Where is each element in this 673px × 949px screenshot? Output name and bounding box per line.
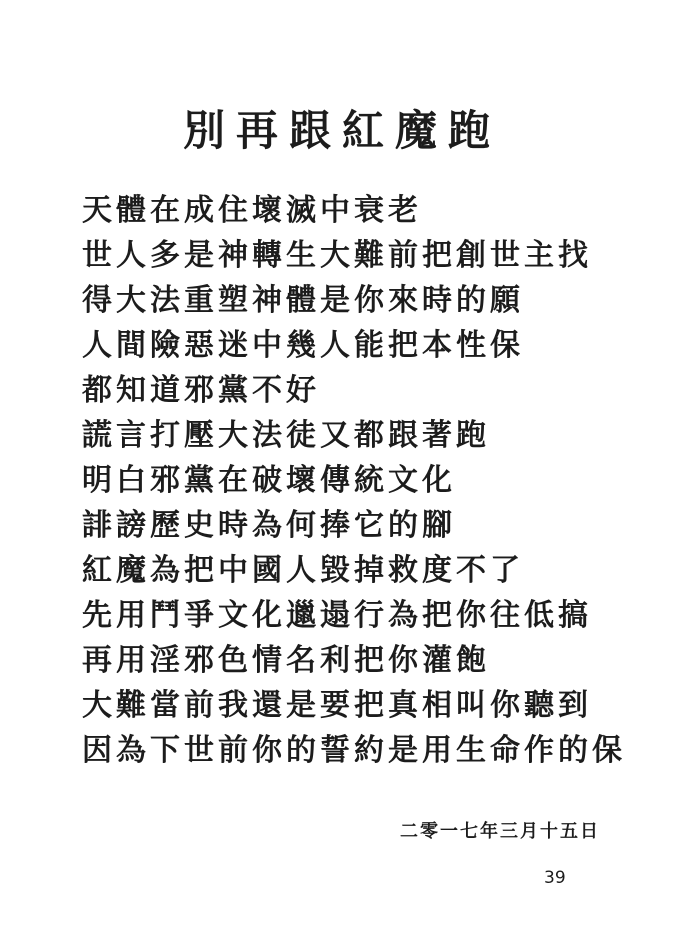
- poem-line: 世人多是神轉生大難前把創世主找: [82, 233, 622, 278]
- poem-line: 明白邪黨在破壞傳統文化: [82, 458, 622, 503]
- poem-line: 先用鬥爭文化邋遢行為把你往低搞: [82, 593, 622, 638]
- page-number: 39: [544, 868, 566, 888]
- poem-body: 天體在成住壞滅中衰老 世人多是神轉生大難前把創世主找 得大法重塑神體是你來時的願…: [82, 188, 622, 773]
- poem-line: 得大法重塑神體是你來時的願: [82, 278, 622, 323]
- poem-line: 再用淫邪色情名利把你灌飽: [82, 638, 622, 683]
- poem-line: 謊言打壓大法徒又都跟著跑: [82, 413, 622, 458]
- poem-line: 都知道邪黨不好: [82, 368, 622, 413]
- poem-line: 人間險惡迷中幾人能把本性保: [82, 323, 622, 368]
- poem-date: 二零一七年三月十五日: [400, 817, 600, 843]
- poem-line: 大難當前我還是要把真相叫你聽到: [82, 683, 622, 728]
- poem-line: 紅魔為把中國人毀掉救度不了: [82, 548, 622, 593]
- poem-title: 別再跟紅魔跑: [0, 98, 673, 158]
- poem-line: 天體在成住壞滅中衰老: [82, 188, 622, 233]
- document-page: 別再跟紅魔跑 天體在成住壞滅中衰老 世人多是神轉生大難前把創世主找 得大法重塑神…: [0, 0, 673, 949]
- poem-line: 誹謗歷史時為何捧它的腳: [82, 503, 622, 548]
- poem-line: 因為下世前你的誓約是用生命作的保: [82, 728, 622, 773]
